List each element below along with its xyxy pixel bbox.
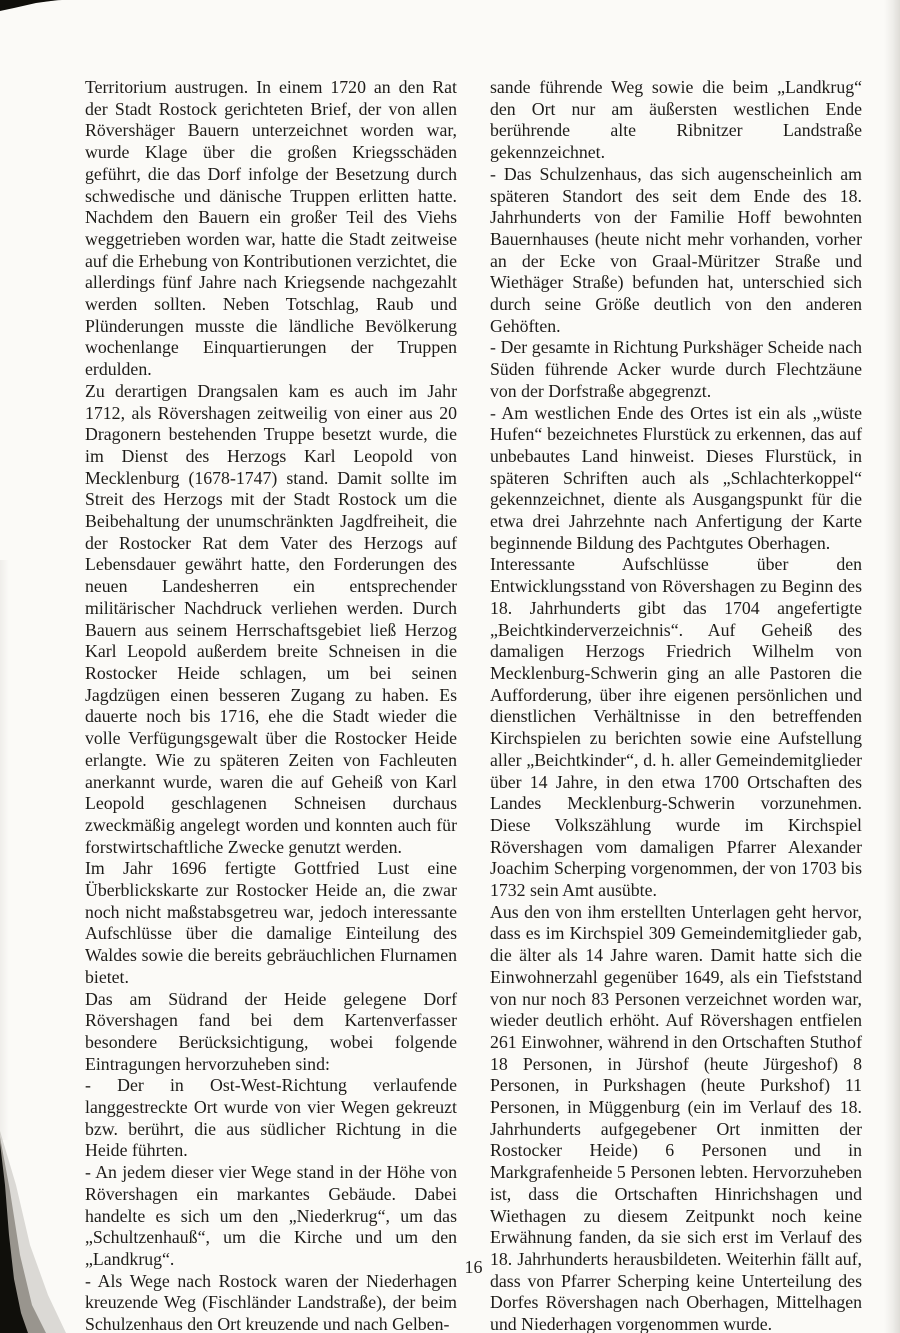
paragraph: sande führende Weg sowie die beim „Landk… xyxy=(490,77,862,164)
page-edge-shadow-right xyxy=(884,0,900,1333)
scanned-book-page: Territorium austrugen. In einem 1720 an … xyxy=(0,0,900,1333)
list-item-paragraph: - Das Schulzenhaus, das sich augenschein… xyxy=(490,164,862,338)
list-item-paragraph: - Der in Ost-West-Richtung verlaufende l… xyxy=(85,1075,457,1162)
list-item-paragraph: - Als Wege nach Rostock waren der Nieder… xyxy=(85,1271,457,1333)
paragraph: Interessante Aufschlüsse über den Entwic… xyxy=(490,554,862,901)
right-column: sande führende Weg sowie die beim „Landk… xyxy=(490,77,862,1333)
page-number: 16 xyxy=(85,1257,862,1278)
list-item-paragraph: - Am westlichen Ende des Ortes ist ein a… xyxy=(490,403,862,555)
left-column: Territorium austrugen. In einem 1720 an … xyxy=(85,77,457,1333)
paragraph: Zu derartigen Drangsalen kam es auch im … xyxy=(85,381,457,858)
list-item-paragraph: - Der gesamte in Richtung Purkshäger Sch… xyxy=(490,337,862,402)
paragraph: Das am Südrand der Heide gelegene Dorf R… xyxy=(85,989,457,1076)
paragraph: Territorium austrugen. In einem 1720 an … xyxy=(85,77,457,381)
paragraph: Im Jahr 1696 fertigte Gottfried Lust ein… xyxy=(85,858,457,988)
list-item-paragraph: - An jedem dieser vier Wege stand in der… xyxy=(85,1162,457,1271)
page-edge-shade-left xyxy=(0,560,9,1140)
scan-artifact-top-left xyxy=(0,0,70,14)
